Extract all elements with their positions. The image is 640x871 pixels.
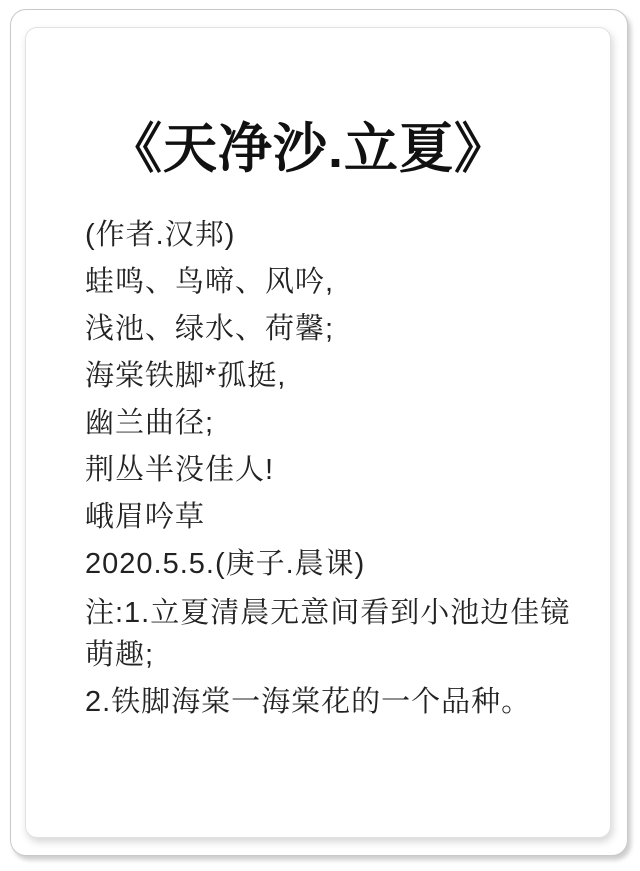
poem-line-3: 海棠铁脚*孤挺, xyxy=(85,353,582,400)
poem-card: 《天净沙.立夏》 (作者.汉邦) 蛙鸣、鸟啼、风吟, 浅池、绿水、荷馨; 海棠铁… xyxy=(25,27,611,838)
signature-line: 峨眉吟草 xyxy=(85,494,582,541)
note-line-1: 注:1.立夏清晨无意间看到小池边佳镜萌趣; xyxy=(85,592,582,676)
poem-line-1: 蛙鸣、鸟啼、风吟, xyxy=(85,259,582,306)
photo-frame: 《天净沙.立夏》 (作者.汉邦) 蛙鸣、鸟啼、风吟, 浅池、绿水、荷馨; 海棠铁… xyxy=(10,9,628,856)
poem-line-5: 荆丛半没佳人! xyxy=(85,447,582,494)
poem-line-4: 幽兰曲径; xyxy=(85,400,582,447)
note-line-2: 2.铁脚海棠一海棠花的一个品种。 xyxy=(85,681,582,723)
page-background: 《天净沙.立夏》 (作者.汉邦) 蛙鸣、鸟啼、风吟, 浅池、绿水、荷馨; 海棠铁… xyxy=(0,0,640,871)
poem-line-2: 浅池、绿水、荷馨; xyxy=(85,306,582,353)
author-line: (作者.汉邦) xyxy=(85,212,582,259)
poem-title: 《天净沙.立夏》 xyxy=(108,116,582,182)
date-line: 2020.5.5.(庚子.晨课) xyxy=(85,541,582,588)
